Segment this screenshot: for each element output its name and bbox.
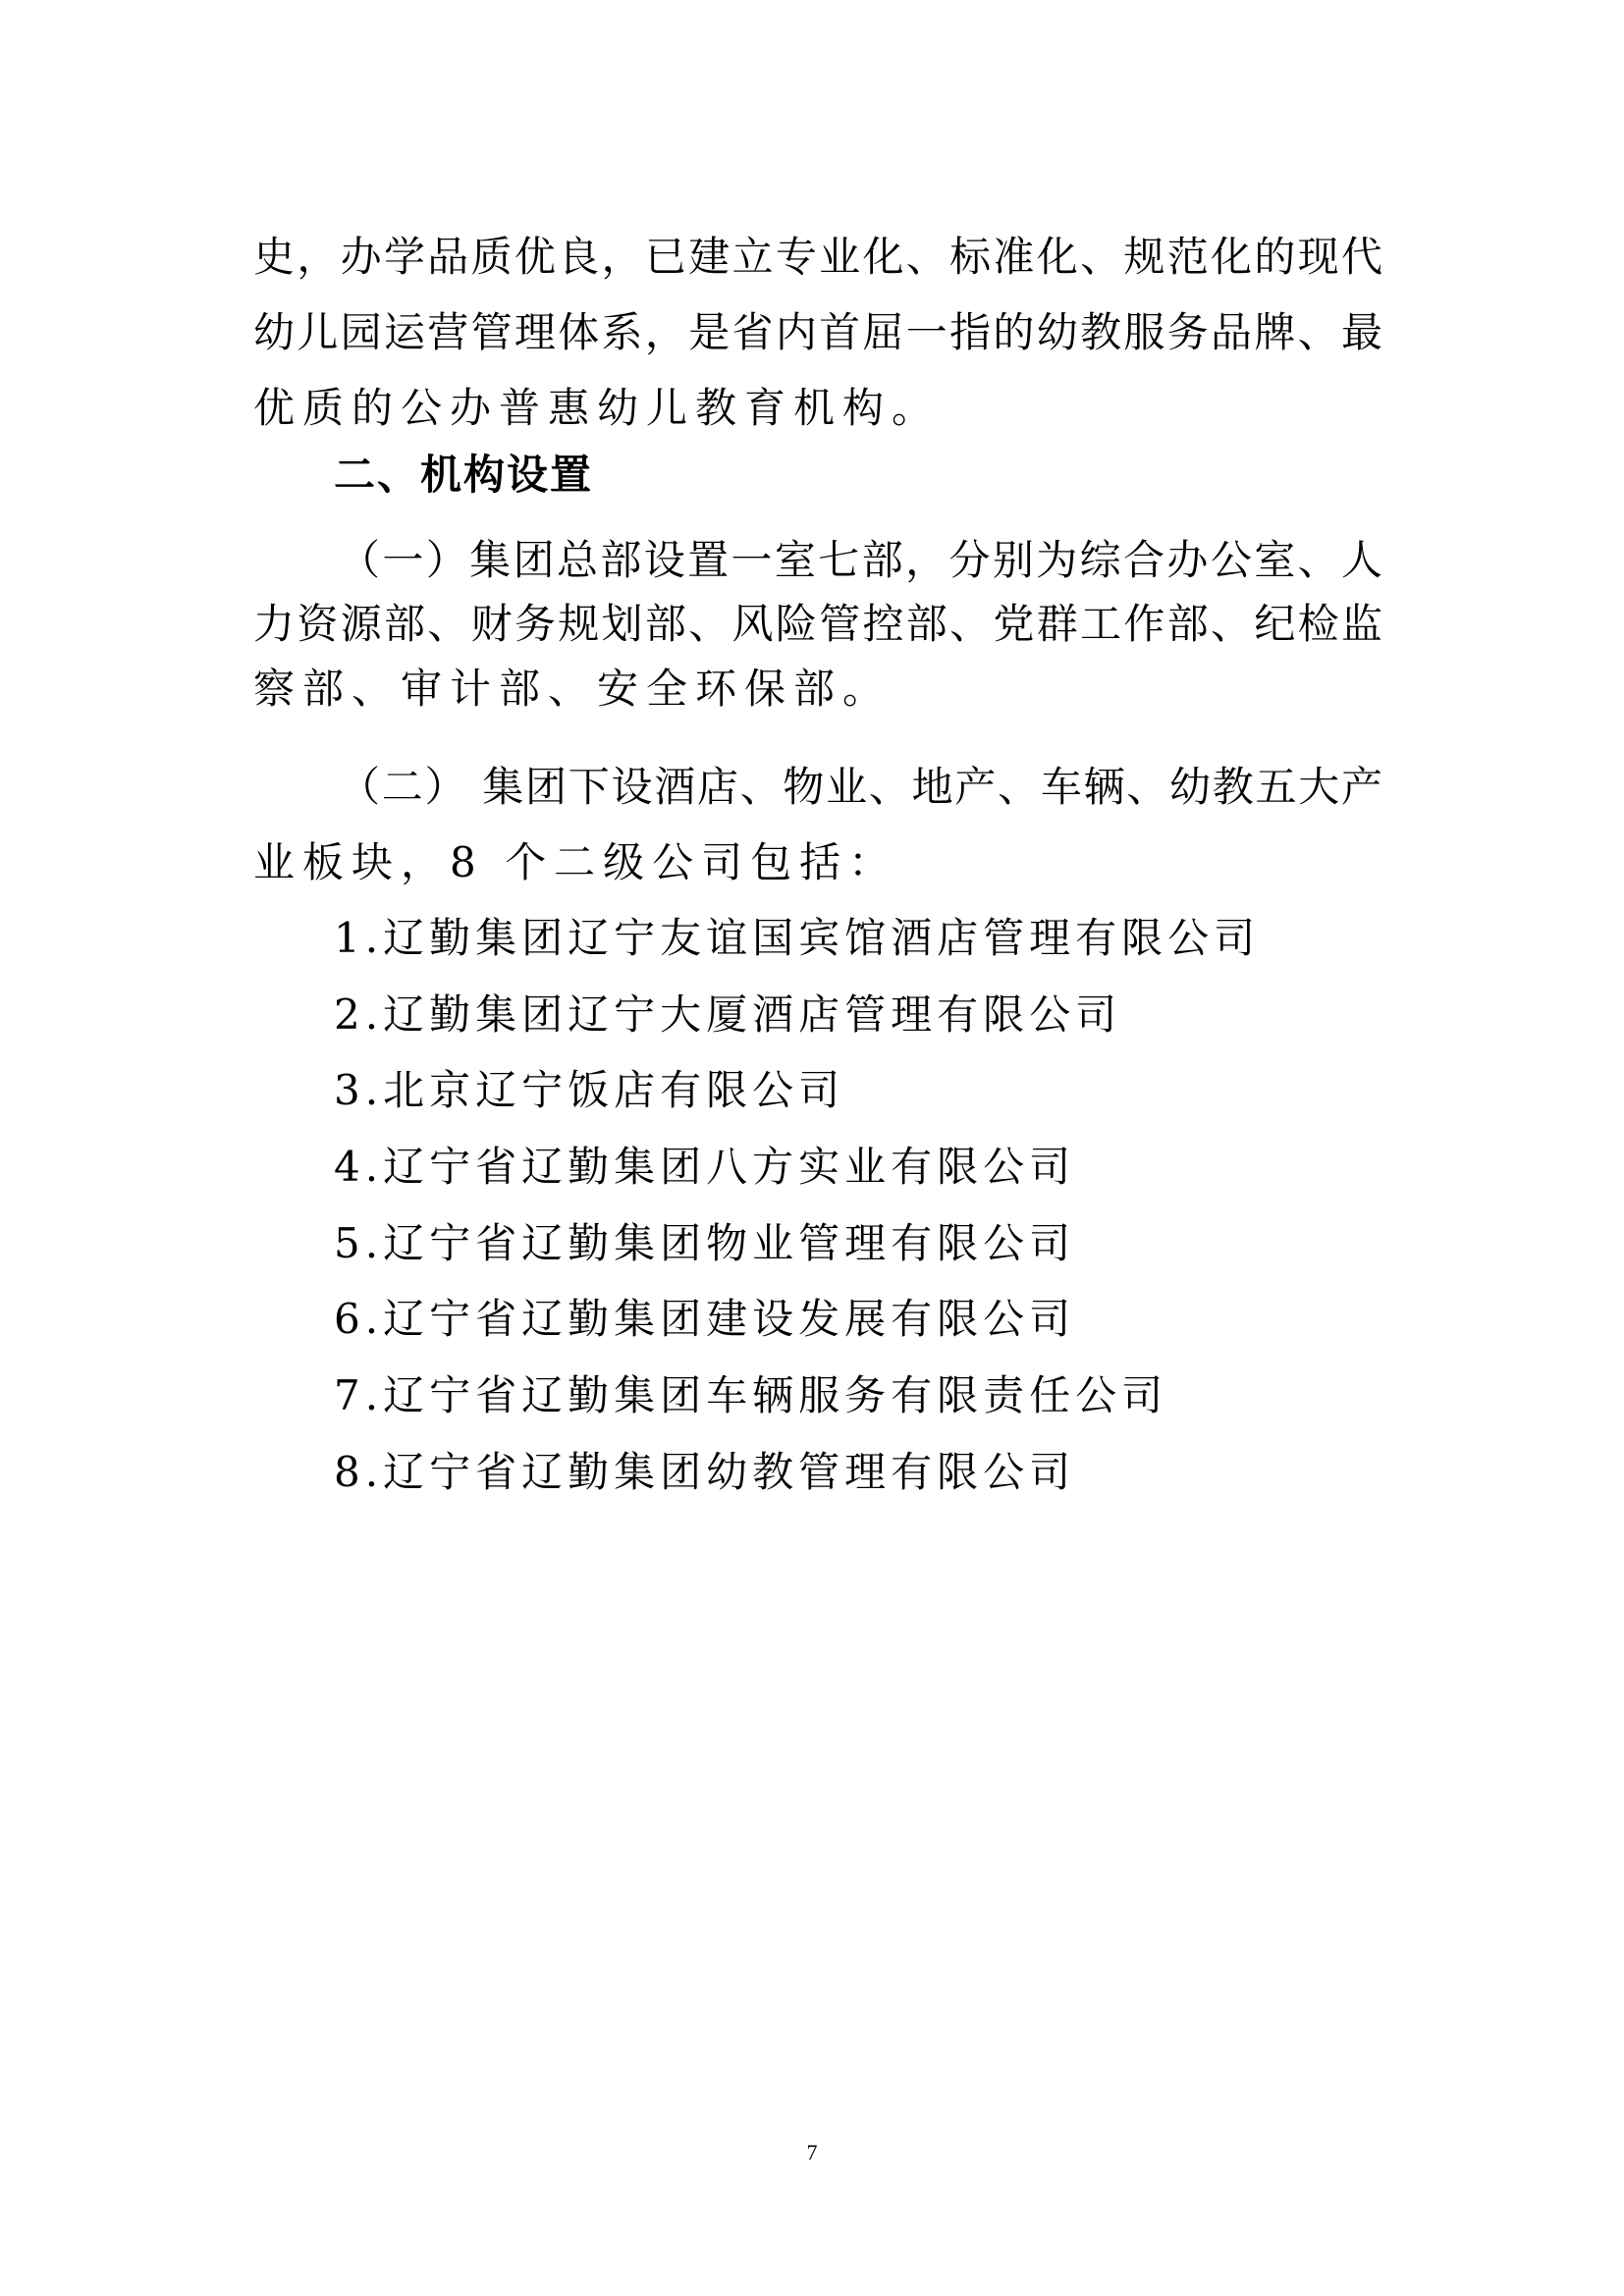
paragraph-line: 优质的公办普惠幼儿教育机构。	[253, 383, 941, 434]
list-item: 3.北京辽宁饭店有限公司	[334, 1065, 844, 1116]
list-item: 6.辽宁省辽勤集团建设发展有限公司	[334, 1294, 1075, 1345]
list-item: 1.辽勤集团辽宁友谊国宾馆酒店管理有限公司	[334, 913, 1260, 964]
list-item: 4.辽宁省辽勤集团八方实业有限公司	[334, 1142, 1075, 1193]
list-item: 8.辽宁省辽勤集团幼教管理有限公司	[334, 1447, 1075, 1498]
list-item: 5.辽宁省辽勤集团物业管理有限公司	[334, 1218, 1075, 1269]
paragraph-line: （一）集团总部设置一室七部，分别为综合办公室、人	[339, 535, 1382, 586]
paragraph-line: 察部、审计部、安全环保部。	[253, 664, 892, 715]
page-number: 7	[0, 2140, 1624, 2165]
paragraph-line: （二） 集团下设酒店、物业、地产、车辆、幼教五大产	[339, 762, 1382, 813]
list-item: 7.辽宁省辽勤集团车辆服务有限责任公司	[334, 1370, 1167, 1421]
paragraph-line: 业板块，8 个二级公司包括：	[253, 837, 897, 888]
document-page: 史，办学品质优良，已建立专业化、标准化、规范化的现代 幼儿园运营管理体系，是省内…	[0, 0, 1624, 2296]
paragraph-line: 幼儿园运营管理体系，是省内首屈一指的幼教服务品牌、最	[253, 307, 1382, 358]
paragraph-line: 史，办学品质优良，已建立专业化、标准化、规范化的现代	[253, 232, 1382, 283]
section-heading: 二、机构设置	[334, 450, 593, 501]
list-item: 2.辽勤集团辽宁大厦酒店管理有限公司	[334, 989, 1121, 1041]
paragraph-line: 力资源部、财务规划部、风险管控部、党群工作部、纪检监	[253, 599, 1382, 650]
